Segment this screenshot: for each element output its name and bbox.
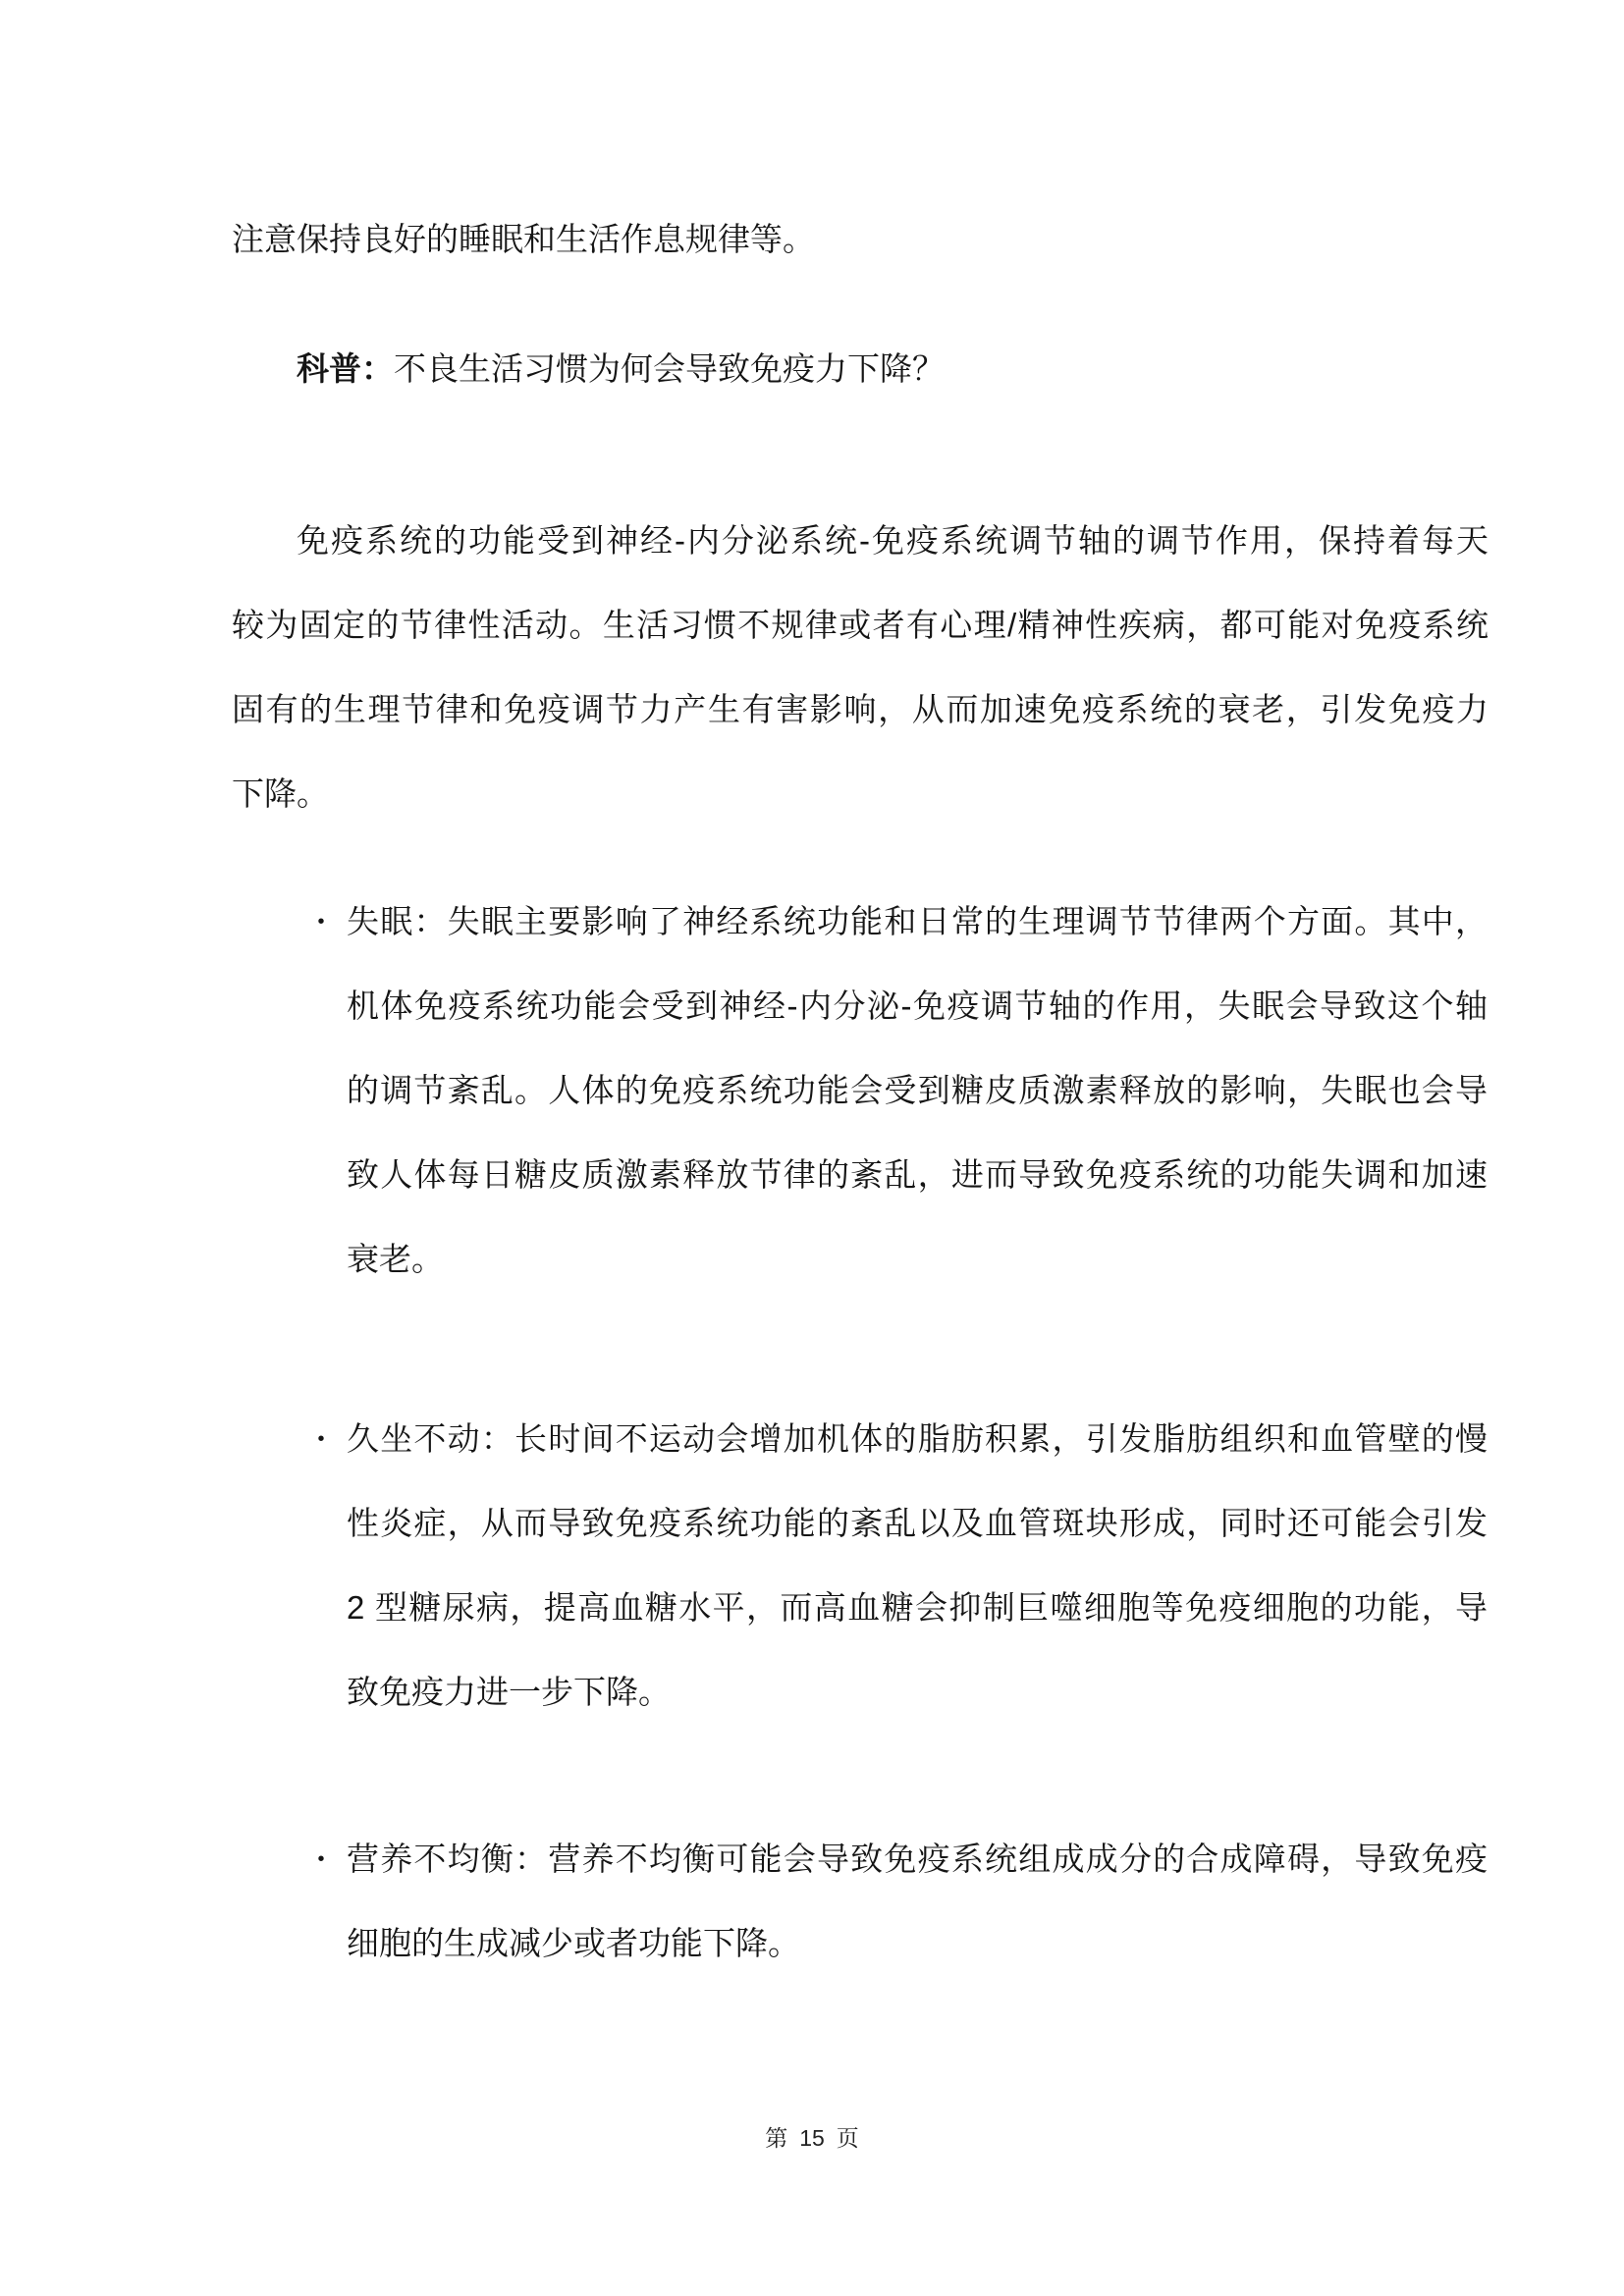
document-page: 注意保持良好的睡眠和生活作息规律等。 科普：不良生活习惯为何会导致免疫力下降？ … [0,0,1624,2296]
paragraph-line: 较为固定的节律性活动。生活习惯不规律或者有心理/精神性疾病，都可能对免疫系统 [232,583,1489,667]
section-heading: 科普：不良生活习惯为何会导致免疫力下降？ [232,327,1489,411]
bullet-line: 衰老。 [347,1217,1488,1302]
bullet-line: 的调节紊乱。人体的免疫系统功能会受到糖皮质激素释放的影响，失眠也会导 [347,1048,1488,1133]
bullet-icon: • [311,1817,331,1901]
footer-prefix: 第 [765,2125,787,2151]
paragraph-line: 下降。 [232,752,1489,836]
bullet-line: 机体免疫系统功能会受到神经-内分泌-免疫调节轴的作用，失眠会导致这个轴 [347,964,1488,1048]
bullet-line: 细胞的生成减少或者功能下降。 [347,1901,1488,1986]
heading-label: 科普： [297,350,394,387]
page-number: 15 [799,2125,825,2151]
bullet-line: 失眠：失眠主要影响了神经系统功能和日常的生理调节节律两个方面。其中， [347,880,1488,964]
intro-line: 注意保持良好的睡眠和生活作息规律等。 [232,197,1489,282]
body-paragraph: 免疫系统的功能受到神经-内分泌系统-免疫系统调节轴的调节作用，保持着每天 较为固… [232,499,1489,836]
bullet-line: 致人体每日糖皮质激素释放节律的紊乱，进而导致免疫系统的功能失调和加速 [347,1133,1488,1217]
bullet-line: 致免疫力进一步下降。 [347,1650,1488,1735]
paragraph-line: 固有的生理节律和免疫调节力产生有害影响，从而加速免疫系统的衰老，引发免疫力 [232,667,1489,752]
bullet-line: 久坐不动：长时间不运动会增加机体的脂肪积累，引发脂肪组织和血管壁的慢 [347,1397,1488,1481]
footer-suffix: 页 [837,2125,859,2151]
bullet-line: 2 型糖尿病，提高血糖水平，而高血糖会抑制巨噬细胞等免疫细胞的功能，导 [347,1566,1488,1650]
paragraph-line: 免疫系统的功能受到神经-内分泌系统-免疫系统调节轴的调节作用，保持着每天 [232,499,1489,583]
bullet-icon: • [311,1397,331,1481]
bullet-line: 性炎症，从而导致免疫系统功能的紊乱以及血管斑块形成，同时还可能会引发 [347,1481,1488,1566]
bullet-item-nutrition: • 营养不均衡：营养不均衡可能会导致免疫系统组成成分的合成障碍，导致免疫 细胞的… [347,1817,1488,1986]
bullet-item-sedentary: • 久坐不动：长时间不运动会增加机体的脂肪积累，引发脂肪组织和血管壁的慢 性炎症… [347,1397,1488,1735]
intro-paragraph: 注意保持良好的睡眠和生活作息规律等。 [232,197,1489,282]
bullet-icon: • [311,880,331,964]
heading-text: 不良生活习惯为何会导致免疫力下降？ [394,350,945,387]
bullet-line: 营养不均衡：营养不均衡可能会导致免疫系统组成成分的合成障碍，导致免疫 [347,1817,1488,1901]
bullet-item-insomnia: • 失眠：失眠主要影响了神经系统功能和日常的生理调节节律两个方面。其中， 机体免… [347,880,1488,1302]
page-footer: 第15页 [0,2123,1624,2153]
